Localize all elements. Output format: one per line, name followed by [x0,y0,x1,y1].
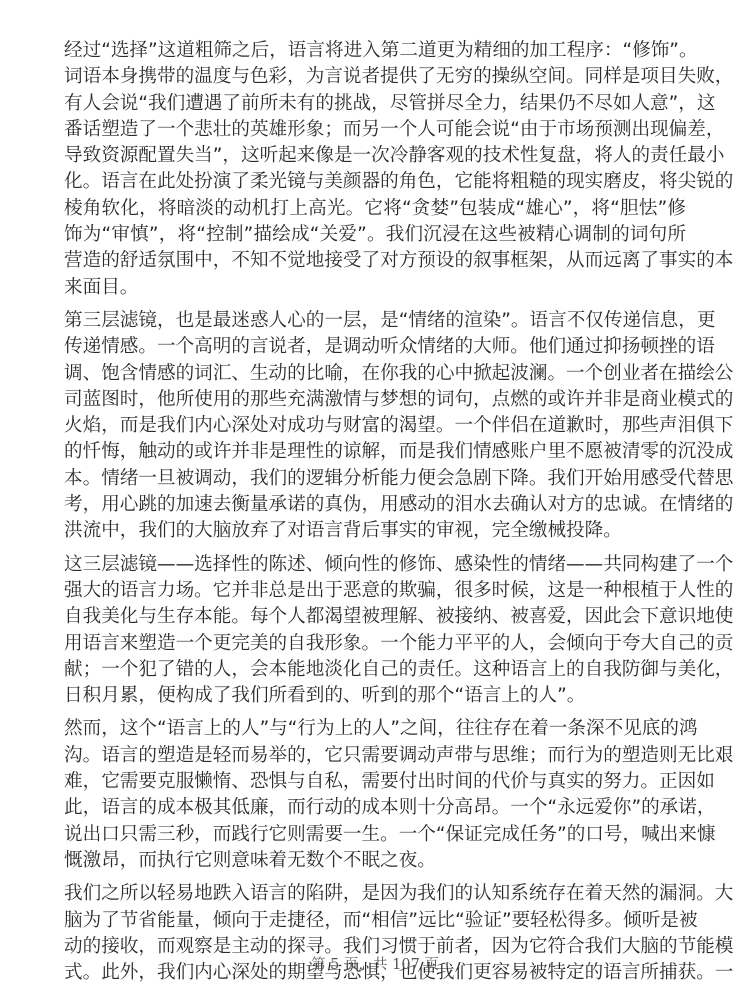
text-line: 火焰，而是我们内心深处对成功与财富的渴望。一个伴侣在道歉时，那些声泪俱下 [64,413,686,439]
text-line: 番话塑造了一个悲壮的英雄形象；而另一个人可能会说“由于市场预测出现偏差， [64,117,686,143]
text-line: 来面目。 [64,275,686,301]
text-line: 脑为了节省能量，倾向于走捷径，而“相信”远比“验证”要轻松得多。倾听是被 [64,908,686,934]
text-line: 然而，这个“语言上的人”与“行为上的人”之间，往往存在着一条深不见底的鸿 [64,716,686,742]
text-line: 饰为“审慎”，将“控制”描绘成“关爱”。我们沉浸在这些被精心调制的词句所 [64,222,686,248]
text-line: 的忏悔，触动的或许并非是理性的谅解，而是我们情感账户里不愿被清零的沉没成 [64,439,686,465]
text-line: 导致资源配置失当”，这听起来像是一次冷静客观的技术性复盘，将人的责任最小 [64,143,686,169]
text-line: 洪流中，我们的大脑放弃了对语言背后事实的审视，完全缴械投降。 [64,518,686,544]
text-line: 司蓝图时，他所使用的那些充满激情与梦想的词句，点燃的或许并非是商业模式的 [64,387,686,413]
paragraph-three-filters: 这三层滤镜——选择性的陈述、倾向性的修饰、感染性的情绪——共同构建了一个 强大的… [64,552,686,710]
page-number-footer: 第 5 页，共 107 页 [0,953,750,974]
text-line: 献；一个犯了错的人，会本能地淡化自己的责任。这种语言上的自我防御与美化， [64,657,686,683]
text-line: 慨激昂，而执行它则意味着无数个不眠之夜。 [64,848,686,874]
text-line: 化。语言在此处扮演了柔光镜与美颜器的角色，它能将粗糙的现实磨皮，将尖锐的 [64,169,686,195]
paragraph-modification: 经过“选择”这道粗筛之后，语言将进入第二道更为精细的加工程序：“修饰”。 词语本… [64,38,686,301]
text-line: 难，它需要克服懒惰、恐惧与自私，需要付出时间的代价与真实的努力。正因如 [64,769,686,795]
text-line: 棱角软化，将暗淡的动机打上高光。它将“贪婪”包装成“雄心”，将“胆怯”修 [64,196,686,222]
text-line: 日积月累，便构成了我们所看到的、听到的那个“语言上的人”。 [64,683,686,709]
text-line: 沟。语言的塑造是轻而易举的，它只需要调动声带与思维；而行为的塑造则无比艰 [64,743,686,769]
paragraph-gap: 然而，这个“语言上的人”与“行为上的人”之间，往往存在着一条深不见底的鸿 沟。语… [64,716,686,874]
text-line: 用语言来塑造一个更完美的自我形象。一个能力平平的人，会倾向于夸大自己的贡 [64,631,686,657]
text-line: 这三层滤镜——选择性的陈述、倾向性的修饰、感染性的情绪——共同构建了一个 [64,552,686,578]
text-line: 此，语言的成本极其低廉，而行动的成本则十分高昂。一个“永远爱你”的承诺， [64,795,686,821]
text-line: 有人会说“我们遭遇了前所未有的挑战，尽管拼尽全力，结果仍不尽如人意”，这 [64,91,686,117]
text-line: 本。情绪一旦被调动，我们的逻辑分析能力便会急剧下降。我们开始用感受代替思 [64,466,686,492]
text-line: 词语本身携带的温度与色彩，为言说者提供了无穷的操纵空间。同样是项目失败， [64,64,686,90]
text-line: 传递情感。一个高明的言说者，是调动听众情绪的大师。他们通过抑扬顿挫的语 [64,334,686,360]
text-line: 考，用心跳的加速去衡量承诺的真伪，用感动的泪水去确认对方的忠诚。在情绪的 [64,492,686,518]
text-line: 调、饱含情感的词汇、生动的比喻，在你我的心中掀起波澜。一个创业者在描绘公 [64,361,686,387]
text-line: 经过“选择”这道粗筛之后，语言将进入第二道更为精细的加工程序：“修饰”。 [64,38,686,64]
document-page: 经过“选择”这道粗筛之后，语言将进入第二道更为精细的加工程序：“修饰”。 词语本… [64,38,686,993]
text-line: 第三层滤镜，也是最迷惑人心的一层，是“情绪的渲染”。语言不仅传递信息，更 [64,308,686,334]
paragraph-emotion: 第三层滤镜，也是最迷惑人心的一层，是“情绪的渲染”。语言不仅传递信息，更 传递情… [64,308,686,545]
text-line: 强大的语言力场。它并非总是出于恶意的欺骗，很多时候，这是一种根植于人性的 [64,578,686,604]
text-line: 自我美化与生存本能。每个人都渴望被理解、被接纳、被喜爱，因此会下意识地使 [64,604,686,630]
text-line: 说出口只需三秒，而践行它则需要一生。一个“保证完成任务”的口号，喊出来慷 [64,822,686,848]
text-line: 我们之所以轻易地跌入语言的陷阱，是因为我们的认知系统存在着天然的漏洞。大 [64,881,686,907]
text-line: 营造的舒适氛围中，不知不觉地接受了对方预设的叙事框架，从而远离了事实的本 [64,248,686,274]
